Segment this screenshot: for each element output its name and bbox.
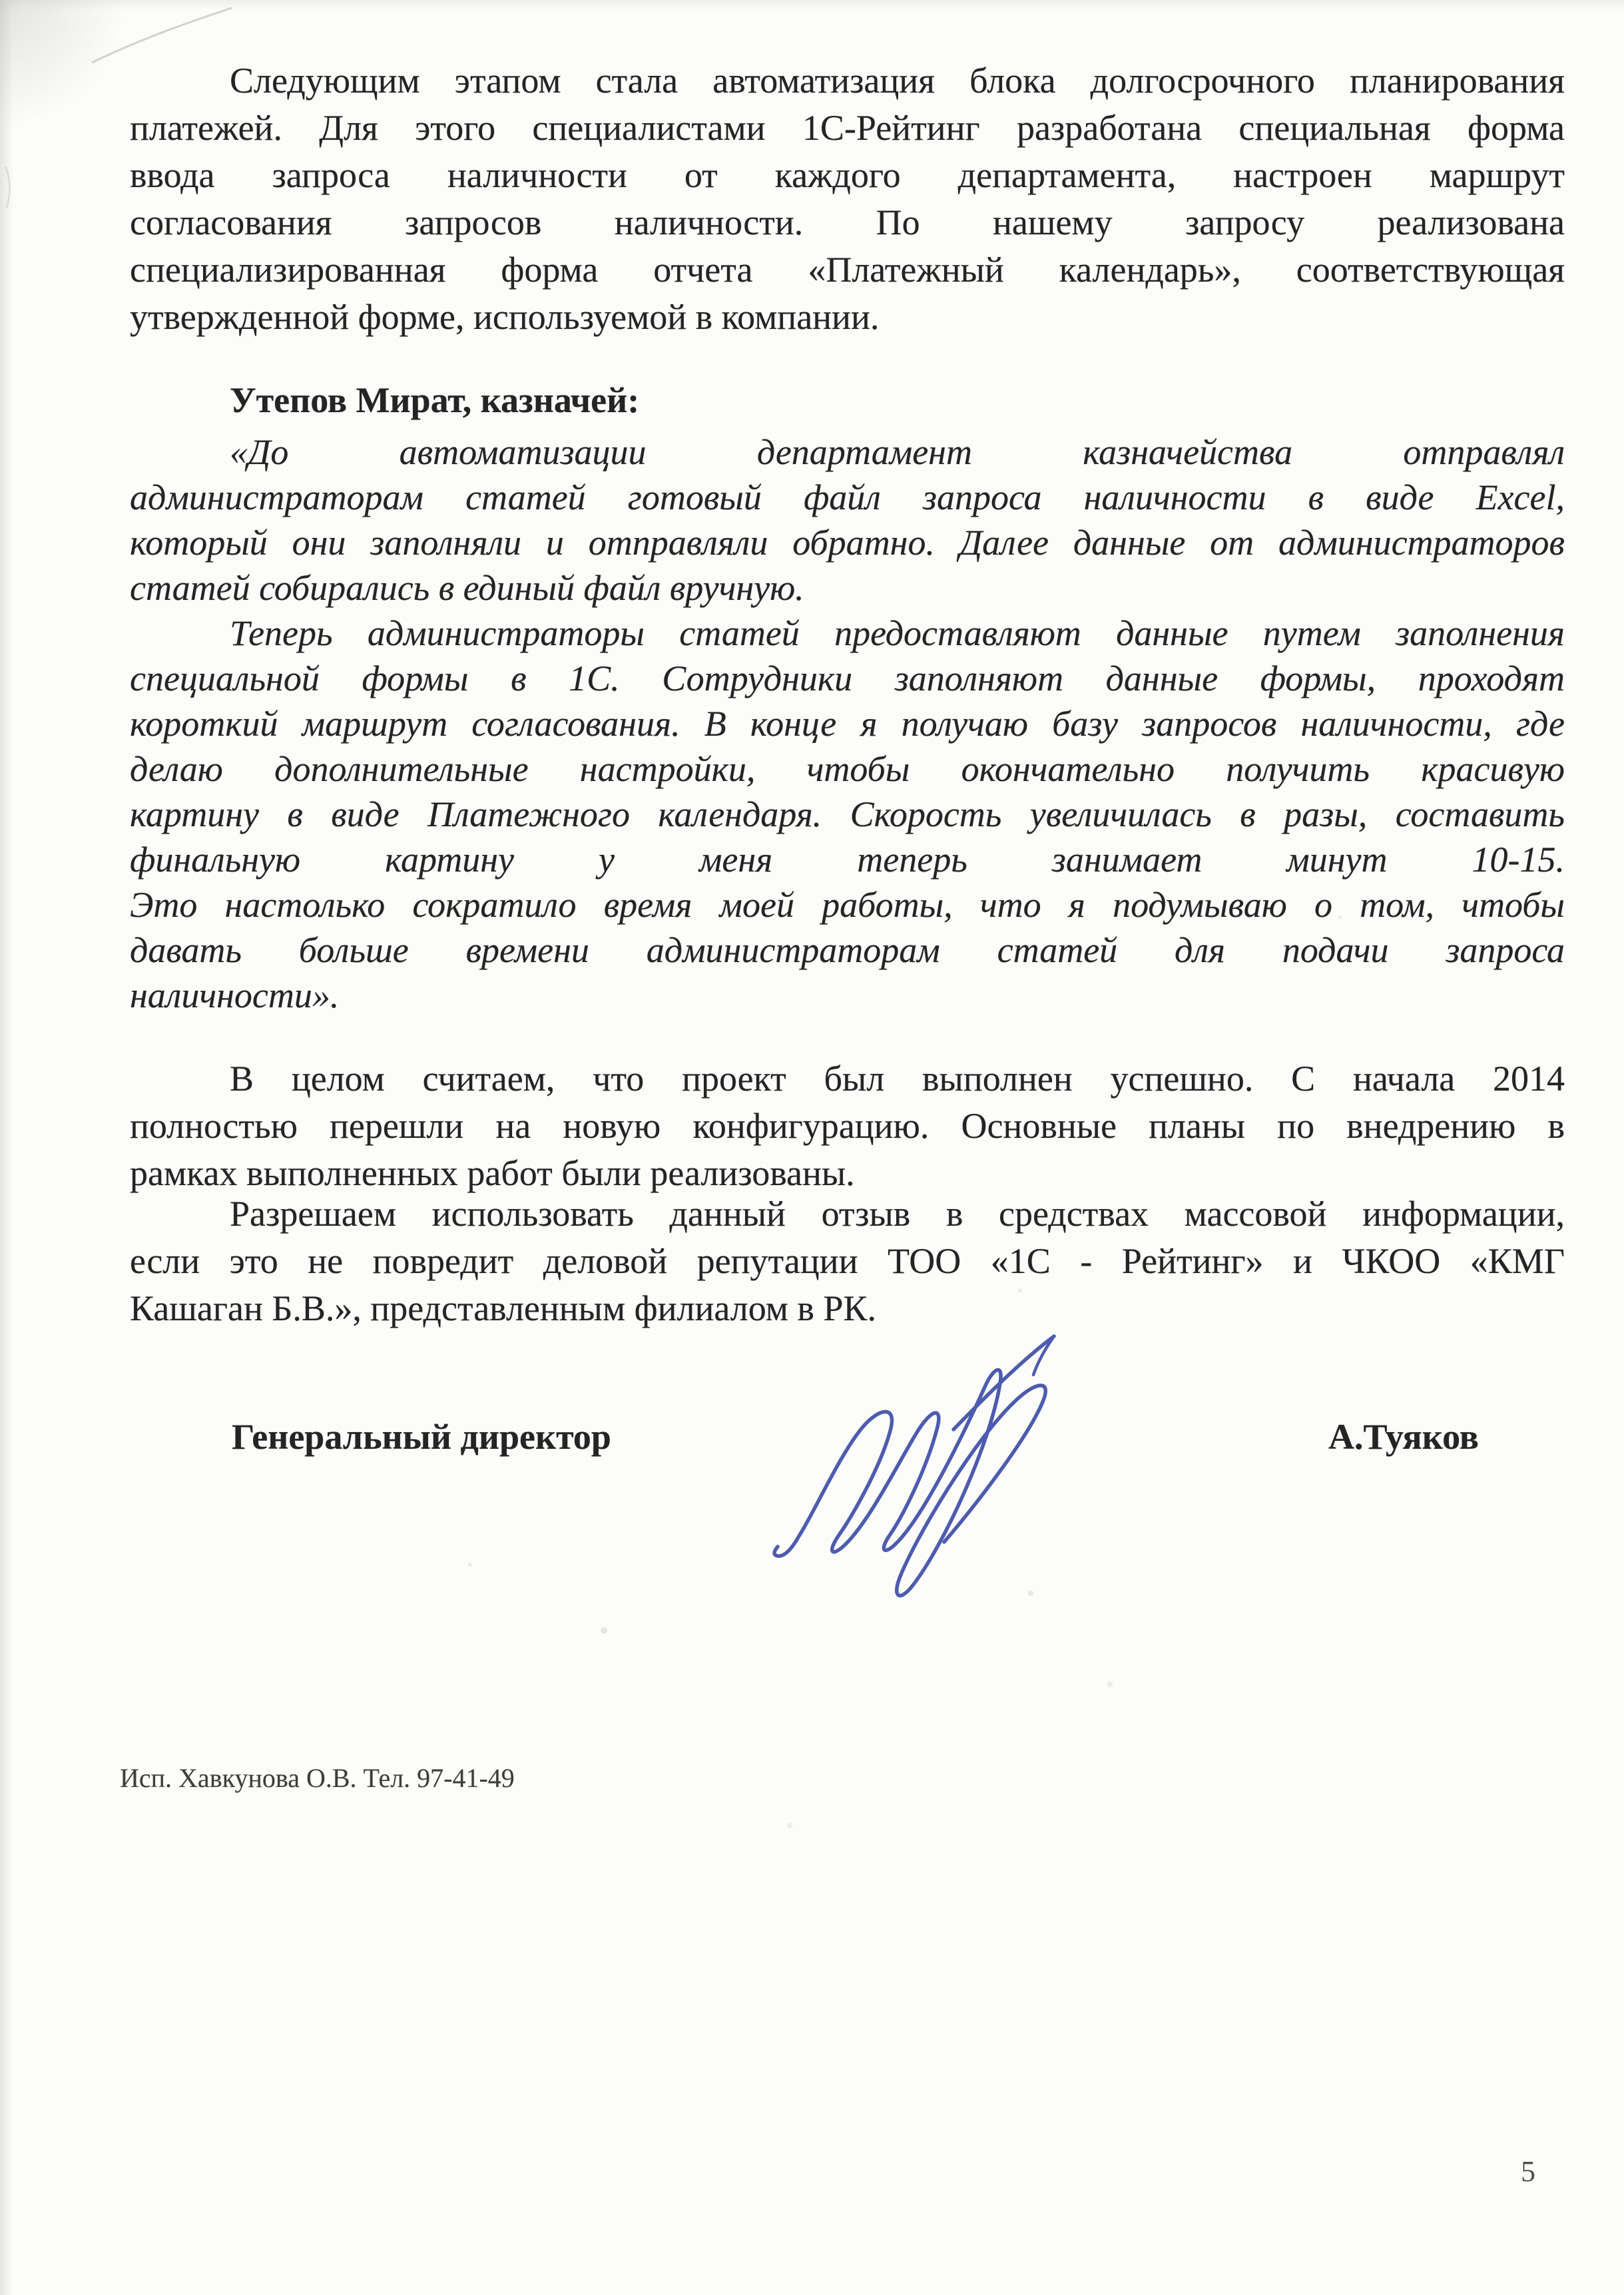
page-number: 5 [1521, 2155, 1535, 2188]
quote-line: «До автоматизации департамент казначейст… [130, 429, 1565, 475]
quote-line: картину в виде Платежного календаря. Ско… [130, 792, 1565, 837]
scan-scratch-line [92, 8, 232, 63]
scan-speck [468, 1563, 472, 1567]
signatory-title: Генеральный директор [232, 1413, 611, 1461]
executor-contact: Исп. Хавкунова О.В. Тел. 97-41-49 [120, 1761, 515, 1796]
scan-speck [601, 1627, 607, 1634]
intro-line: согласования запросов наличности. По наш… [130, 199, 1565, 246]
speaker-heading-text: Утепов Мират, казначей: [130, 377, 1565, 424]
signature-stroke [774, 1370, 1045, 1595]
quote-line: статей собирались в единый файл вручную. [130, 565, 1565, 611]
intro-paragraph: Следующим этапом стала автоматизация бло… [130, 57, 1565, 341]
handwritten-signature [752, 1322, 1072, 1608]
scan-edge-mark [5, 166, 10, 208]
quote-line: финальную картину у меня теперь занимает… [130, 837, 1565, 882]
quote-line: Теперь администраторы статей предоставля… [130, 611, 1565, 656]
quote-line: давать больше времени администраторам ст… [130, 927, 1565, 973]
quote-line: Это настолько сократило время моей работ… [130, 882, 1565, 927]
speaker-heading: Утепов Мират, казначей: [130, 377, 1565, 424]
conclusion-line: В целом считаем, что проект был выполнен… [130, 1055, 1565, 1103]
permission-paragraph: Разрешаем использовать данный отзыв в ср… [130, 1190, 1565, 1332]
scan-speck [1107, 1682, 1113, 1687]
scanned-letter-page: Следующим этапом стала автоматизация бло… [0, 0, 1624, 2295]
intro-line: платежей. Для этого специалистами 1С-Рей… [130, 105, 1565, 152]
conclusion-line: полностью перешли на новую конфигурацию.… [130, 1103, 1565, 1150]
signatory-name: А.Туяков [1328, 1413, 1479, 1461]
quote-paragraph: «До автоматизации департамент казначейст… [130, 429, 1565, 1018]
permission-line: Разрешаем использовать данный отзыв в ср… [130, 1190, 1565, 1238]
intro-line: Следующим этапом стала автоматизация бло… [130, 57, 1565, 105]
quote-line: который они заполняли и отправляли обрат… [130, 520, 1565, 565]
conclusion-paragraph: В целом считаем, что проект был выполнен… [130, 1055, 1565, 1197]
quote-line: делаю дополнительные настройки, чтобы ок… [130, 746, 1565, 792]
quote-line: наличности». [130, 973, 1565, 1018]
intro-line: утвержденной форме, используемой в компа… [130, 294, 1565, 341]
quote-line: короткий маршрут согласования. В конце я… [130, 701, 1565, 746]
quote-line: администраторам статей готовый файл запр… [130, 475, 1565, 520]
permission-line: если это не повредит деловой репутации Т… [130, 1238, 1565, 1285]
signature-stroke [953, 1336, 1054, 1429]
scan-speck [787, 1823, 792, 1828]
quote-line: специальной формы в 1С. Сотрудники запол… [130, 656, 1565, 701]
intro-line: специализированная форма отчета «Платежн… [130, 246, 1565, 294]
intro-line: ввода запроса наличности от каждого депа… [130, 152, 1565, 199]
